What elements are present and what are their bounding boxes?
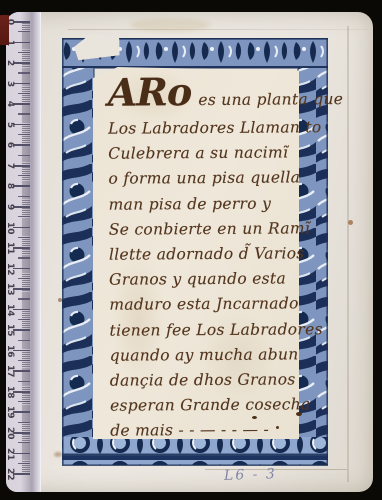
ruler-half-tick bbox=[18, 134, 30, 135]
ruler-cm-tick bbox=[13, 124, 30, 126]
handwritten-line: Se conbierte en un Ramĩ bbox=[109, 216, 305, 243]
ruler-number: 16 bbox=[6, 345, 15, 357]
ruler-cm-tick bbox=[13, 329, 30, 331]
handwritten-line: tienen fee Los Labradores bbox=[109, 317, 305, 344]
ruler-half-tick bbox=[18, 298, 30, 299]
ruler-half-tick bbox=[18, 257, 30, 258]
handwritten-line: llette adornado d̃ Varios bbox=[109, 241, 305, 268]
handwritten-line: dançia de dhos Granos bbox=[110, 367, 306, 394]
ruler-cm-tick bbox=[13, 473, 30, 475]
ruler-cm-tick bbox=[13, 21, 30, 23]
ruler-number: 13 bbox=[6, 283, 15, 295]
film-color-patch bbox=[0, 15, 9, 45]
pencil-shelfmark: L6 - 3 bbox=[224, 466, 277, 484]
handwritten-line: esperan Grande cosecha bbox=[110, 392, 306, 419]
ruler-half-tick bbox=[18, 422, 30, 423]
ruler-number: 15 bbox=[6, 324, 15, 336]
ruler-half-tick bbox=[18, 381, 30, 382]
ruler-half-tick bbox=[18, 360, 30, 361]
manuscript-leaf: ARoes una planta queLos Labradores Llama… bbox=[40, 12, 373, 492]
handwritten-line: Culebrera a su nacimĩ bbox=[108, 141, 304, 168]
line-text: esperan Grande cosecha bbox=[110, 395, 311, 414]
ruler-number: 7 bbox=[6, 160, 15, 172]
ruler-half-tick bbox=[18, 52, 30, 53]
ruler-number: 14 bbox=[6, 304, 15, 316]
line-text: tienen fee Los Labradores bbox=[109, 320, 322, 339]
ruler-number: 4 bbox=[6, 98, 15, 110]
ruler-half-tick bbox=[18, 237, 30, 238]
ruler-cm-tick bbox=[13, 83, 30, 85]
ruler-half-tick bbox=[18, 72, 30, 73]
ruler-number: 9 bbox=[6, 201, 15, 213]
ruler-half-tick bbox=[18, 463, 30, 464]
ruler-half-tick bbox=[18, 113, 30, 114]
ruler-number: 8 bbox=[6, 180, 15, 192]
line-text: dançia de dhos Granos bbox=[110, 370, 296, 389]
ruler-cm-tick bbox=[13, 370, 30, 372]
ruler-cm-tick bbox=[13, 247, 30, 249]
line-text: llette adornado d̃ Varios bbox=[109, 244, 305, 263]
handwritten-line: de mais - - — - - — - bbox=[110, 418, 306, 445]
ruler-half-tick bbox=[18, 401, 30, 402]
ruler-number: 21 bbox=[6, 448, 15, 460]
handwritten-line: quando ay mucha abun bbox=[110, 342, 306, 369]
line-text: Granos y quando esta bbox=[109, 270, 286, 289]
ruler-number: 3 bbox=[6, 78, 15, 90]
leaf-right-edge bbox=[347, 26, 349, 482]
line-text: quando ay mucha abun bbox=[110, 345, 299, 364]
ruler-number: 2 bbox=[6, 57, 15, 69]
ruler-cm-tick bbox=[13, 144, 30, 146]
line-text: man pisa de perro y bbox=[109, 194, 272, 213]
manuscript-text: ARoes una planta queLos Labradores Llama… bbox=[108, 71, 307, 444]
line-text: o forma una pisa quella bbox=[108, 169, 300, 188]
ruler-number: 5 bbox=[6, 119, 15, 131]
ruler-cm-tick bbox=[13, 350, 30, 352]
line-text: de mais - - — - - — - bbox=[110, 421, 269, 440]
ruler-number: 19 bbox=[6, 406, 15, 418]
ruler-half-tick bbox=[18, 442, 30, 443]
ruler-number: 11 bbox=[6, 242, 15, 254]
ruler-half-tick bbox=[18, 155, 30, 156]
ruler-cm-tick bbox=[13, 227, 30, 229]
ruler-half-tick bbox=[18, 216, 30, 217]
leaf-top-edge bbox=[68, 29, 368, 30]
ruler-cm-tick bbox=[13, 42, 30, 44]
line-text: Se conbierte en un Ramĩ bbox=[109, 219, 310, 238]
line-text: es una planta que bbox=[198, 87, 343, 113]
manuscript-photo: 012345678910111213141516171819202122 bbox=[6, 12, 373, 492]
handwritten-line: man pisa de perro y bbox=[109, 191, 305, 218]
ruler-number: 22 bbox=[6, 468, 15, 480]
stain bbox=[348, 220, 353, 225]
ruler-cm-tick bbox=[13, 288, 30, 290]
ruler-number: 12 bbox=[6, 263, 15, 275]
ruler-half-tick bbox=[18, 175, 30, 176]
ruler-cm-tick bbox=[13, 206, 30, 208]
handwritten-line: ARoes una planta que bbox=[108, 71, 304, 116]
ruler-cm-tick bbox=[13, 453, 30, 455]
ruler-half-tick bbox=[18, 93, 30, 94]
handwritten-line: Los Labradores Llaman to bbox=[108, 115, 304, 142]
ruler-number: 10 bbox=[6, 222, 15, 234]
ruler-half-tick bbox=[18, 319, 30, 320]
line-text: maduro esta Jncarnado bbox=[109, 295, 298, 314]
decorated-initial: ARo bbox=[108, 72, 192, 113]
ruler-half-tick bbox=[18, 340, 30, 341]
ruler-number: 6 bbox=[6, 139, 15, 151]
handwritten-line: Granos y quando esta bbox=[109, 266, 305, 293]
ruler-half-tick bbox=[18, 31, 30, 32]
handwritten-line: maduro esta Jncarnado bbox=[109, 292, 305, 319]
ruler-cm-tick bbox=[13, 411, 30, 413]
ruler-cm-tick bbox=[13, 268, 30, 270]
cm-ruler: 012345678910111213141516171819202122 bbox=[6, 12, 41, 492]
ruler-number: 20 bbox=[6, 427, 15, 439]
ruler-half-tick bbox=[18, 196, 30, 197]
ruler-cm-tick bbox=[13, 103, 30, 105]
ruler-cm-tick bbox=[13, 309, 30, 311]
line-text: Los Labradores Llaman to bbox=[108, 118, 322, 137]
ruler-cm-tick bbox=[13, 62, 30, 64]
ruler-cm-tick bbox=[13, 165, 30, 167]
ruler-half-tick bbox=[18, 278, 30, 279]
ruler-cm-tick bbox=[13, 185, 30, 187]
handwritten-line: o forma una pisa quella bbox=[108, 166, 304, 193]
ruler-cm-tick bbox=[13, 391, 30, 393]
ruler-number: 17 bbox=[6, 365, 15, 377]
ruler-cm-tick bbox=[13, 432, 30, 434]
ruler-number: 18 bbox=[6, 386, 15, 398]
line-text: Culebrera a su nacimĩ bbox=[108, 144, 288, 163]
